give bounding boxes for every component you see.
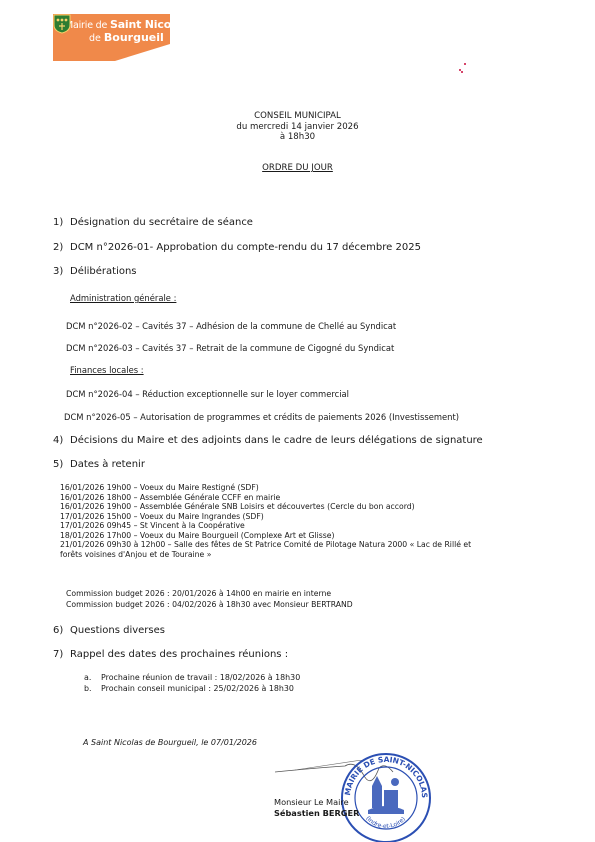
- next-meeting-b: b.Prochain conseil municipal : 25/02/202…: [84, 684, 294, 694]
- date-line: 16/01/2026 18h00 – Assemblée Générale CC…: [60, 493, 280, 503]
- logo-line-1: Mairie de Saint Nicolas: [65, 18, 188, 31]
- finances-heading: Finances locales :: [70, 365, 144, 375]
- header-date: du mercredi 14 janvier 2026: [0, 122, 595, 133]
- agenda-item-2: 2)DCM n°2026-01- Approbation du compte-r…: [53, 242, 421, 253]
- agenda-item-1: 1)Désignation du secrétaire de séance: [53, 217, 253, 228]
- date-line: forêts voisines d'Anjou et de Touraine »: [60, 550, 211, 560]
- commission-line: Commission budget 2026 : 04/02/2026 à 18…: [66, 600, 353, 610]
- agenda-item-5: 5)Dates à retenir: [53, 459, 145, 470]
- next-meeting-a: a.Prochaine réunion de travail : 18/02/2…: [84, 673, 300, 683]
- date-line: 16/01/2026 19h00 – Voeux du Maire Restig…: [60, 483, 259, 493]
- header-time: à 18h30: [0, 132, 595, 143]
- admin-heading: Administration générale :: [70, 293, 176, 303]
- agenda-item-4: 4)Décisions du Maire et des adjoints dan…: [53, 435, 483, 446]
- deliberation-02: DCM n°2026-02 – Cavités 37 – Adhésion de…: [66, 321, 396, 331]
- agenda-title: ORDRE DU JOUR: [0, 163, 595, 173]
- header-council: CONSEIL MUNICIPAL: [0, 111, 595, 122]
- mairie-logo: Mairie de Saint Nicolas de Bourgueil: [53, 14, 170, 61]
- official-stamp: MAIRIE DE SAINT-NICOLAS-DE-BOURGUEIL (In…: [340, 752, 432, 842]
- logo-line-2: de Bourgueil: [89, 31, 164, 44]
- agenda-item-7: 7)Rappel des dates des prochaines réunio…: [53, 649, 288, 660]
- svg-text:(Indre-et-Loire): (Indre-et-Loire): [364, 815, 407, 830]
- coat-of-arms-icon: [53, 14, 71, 34]
- date-line: 17/01/2026 15h00 – Voeux du Maire Ingran…: [60, 512, 264, 522]
- date-line: 18/01/2026 17h00 – Voeux du Maire Bourgu…: [60, 531, 334, 541]
- deliberation-05: DCM n°2026-05 – Autorisation de programm…: [64, 412, 459, 422]
- commission-line: Commission budget 2026 : 20/01/2026 à 14…: [66, 589, 331, 599]
- agenda-item-3: 3)Délibérations: [53, 266, 137, 277]
- date-line: 17/01/2026 09h45 – St Vincent à la Coopé…: [60, 521, 245, 531]
- place-and-date: A Saint Nicolas de Bourgueil, le 07/01/2…: [83, 738, 257, 747]
- date-line: 21/01/2026 09h30 à 12h00 – Salle des fêt…: [60, 540, 471, 550]
- date-line: 16/01/2026 19h00 – Assemblée Générale SN…: [60, 502, 415, 512]
- signatory-title: Monsieur Le Maire: [274, 797, 349, 807]
- deliberation-03: DCM n°2026-03 – Cavités 37 – Retrait de …: [66, 343, 394, 353]
- agenda-item-6: 6)Questions diverses: [53, 625, 165, 636]
- deliberation-04: DCM n°2026-04 – Réduction exceptionnelle…: [66, 389, 349, 399]
- signatory-name: Sébastien BERGER: [274, 808, 359, 818]
- scan-marks: [458, 63, 470, 77]
- meeting-header: CONSEIL MUNICIPAL du mercredi 14 janvier…: [0, 111, 595, 143]
